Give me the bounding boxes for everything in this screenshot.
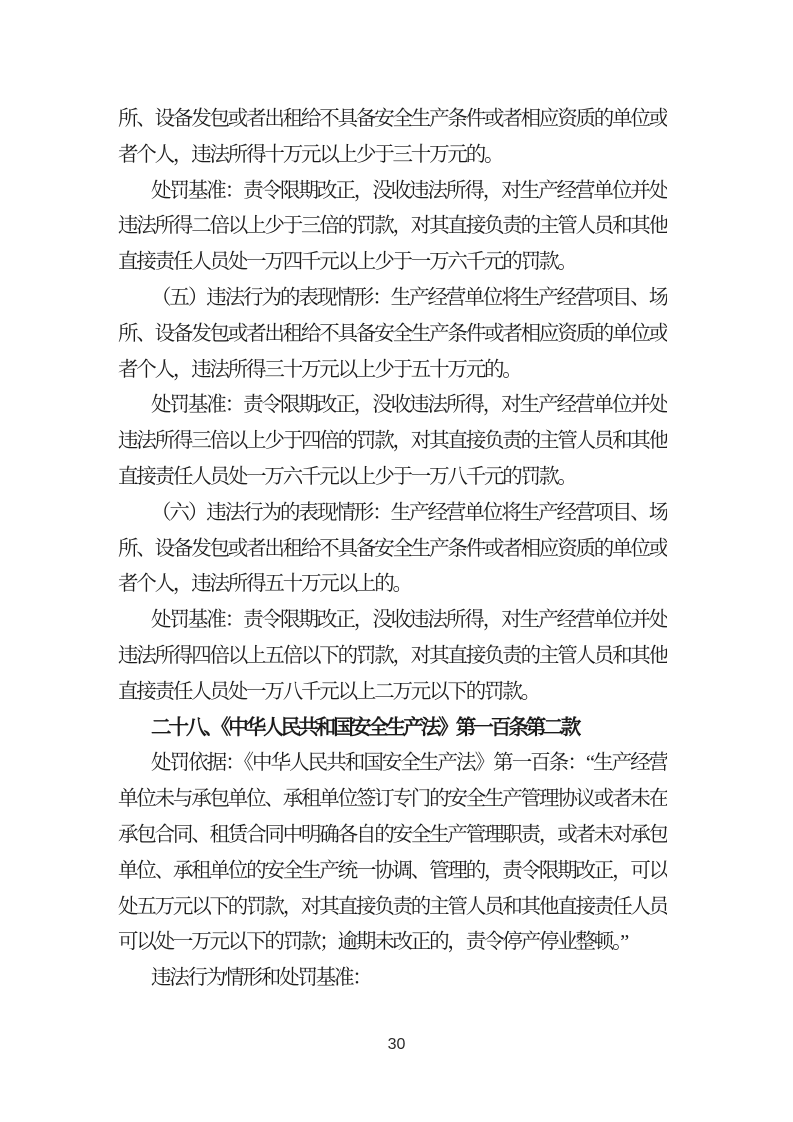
page-number: 30 bbox=[0, 1036, 793, 1054]
text-line: 承包合同、租赁合同中明确各自的安全生产管理职责，或者未对承包 bbox=[118, 818, 667, 854]
text-line: 处罚依据：《中华人民共和国安全生产法》第一百条：“生产经营 bbox=[118, 746, 667, 782]
text-line: （五）违法行为的表现情形：生产经营单位将生产经营项目、场 bbox=[118, 281, 667, 317]
text-line: 处罚基准：责令限期改正，没收违法所得，对生产经营单位并处 bbox=[118, 174, 667, 210]
text-line: 者个人，违法所得十万元以上少于三十万元的。 bbox=[118, 138, 667, 174]
document-body: 所、设备发包或者出租给不具备安全生产条件或者相应资质的单位或者个人，违法所得十万… bbox=[118, 102, 667, 997]
text-line: 违法所得四倍以上五倍以下的罚款，对其直接负责的主管人员和其他 bbox=[118, 639, 667, 675]
text-line: 所、设备发包或者出租给不具备安全生产条件或者相应资质的单位或 bbox=[118, 317, 667, 353]
text-line: 单位未与承包单位、承租单位签订专门的安全生产管理协议或者未在 bbox=[118, 782, 667, 818]
text-line: 直接责任人员处一万八千元以上二万元以下的罚款。 bbox=[118, 675, 667, 711]
text-line: 违法所得三倍以上少于四倍的罚款，对其直接负责的主管人员和其他 bbox=[118, 424, 667, 460]
text-line: 者个人，违法所得三十万元以上少于五十万元的。 bbox=[118, 353, 667, 389]
text-line: 处罚基准：责令限期改正，没收违法所得，对生产经营单位并处 bbox=[118, 388, 667, 424]
text-line: 处五万元以下的罚款，对其直接负责的主管人员和其他直接责任人员 bbox=[118, 890, 667, 926]
text-line: 者个人，违法所得五十万元以上的。 bbox=[118, 567, 667, 603]
text-line: 违法所得二倍以上少于三倍的罚款，对其直接负责的主管人员和其他 bbox=[118, 209, 667, 245]
text-line: 所、设备发包或者出租给不具备安全生产条件或者相应资质的单位或 bbox=[118, 102, 667, 138]
section-heading: 二十八、《中华人民共和国安全生产法》第一百条第二款 bbox=[118, 711, 667, 747]
text-line: 直接责任人员处一万四千元以上少于一万六千元的罚款。 bbox=[118, 245, 667, 281]
text-line: 可以处一万元以下的罚款；逾期未改正的，责令停产停业整顿。” bbox=[118, 925, 667, 961]
text-line: 所、设备发包或者出租给不具备安全生产条件或者相应资质的单位或 bbox=[118, 532, 667, 568]
text-line: 直接责任人员处一万六千元以上少于一万八千元的罚款。 bbox=[118, 460, 667, 496]
text-line: 单位、承租单位的安全生产统一协调、管理的，责令限期改正，可以 bbox=[118, 854, 667, 890]
text-line: （六）违法行为的表现情形：生产经营单位将生产经营项目、场 bbox=[118, 496, 667, 532]
text-line: 违法行为情形和处罚基准： bbox=[118, 961, 667, 997]
text-line: 处罚基准：责令限期改正，没收违法所得，对生产经营单位并处 bbox=[118, 603, 667, 639]
document-page: 所、设备发包或者出租给不具备安全生产条件或者相应资质的单位或者个人，违法所得十万… bbox=[0, 0, 793, 1122]
